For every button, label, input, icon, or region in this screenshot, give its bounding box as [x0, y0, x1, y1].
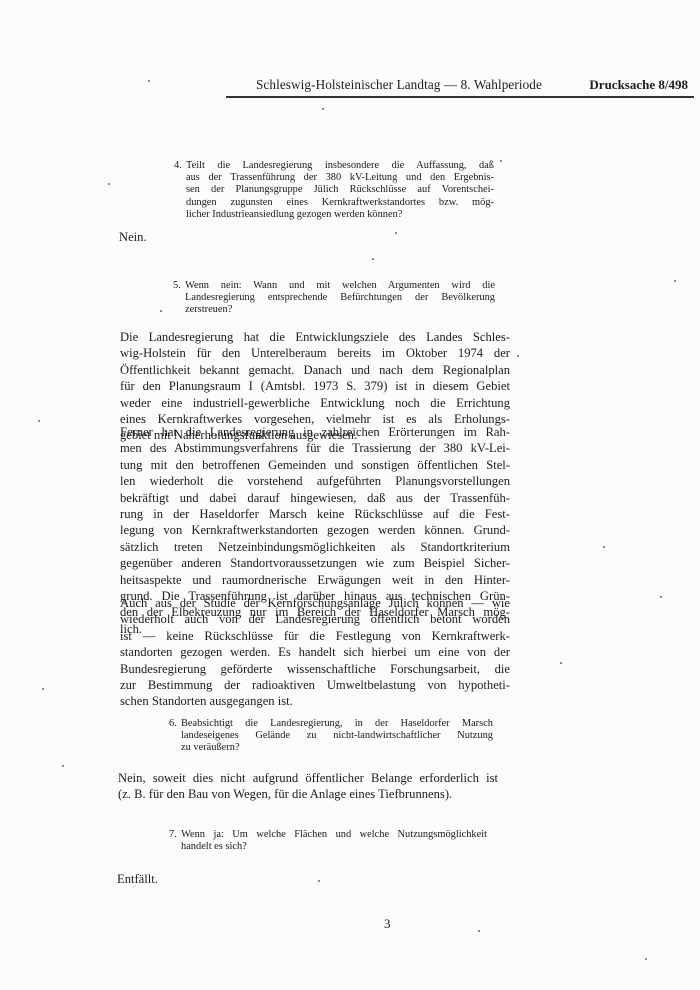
answer-line: für den Planungsraum I (Amtsbl. 1973 S. … [120, 378, 510, 394]
answer-line: Auch aus der Studie der Kernforschungsan… [120, 595, 510, 611]
answer-line: sätzlich treten Netzeinbindungsmöglichke… [120, 539, 510, 555]
scan-speck [500, 160, 502, 162]
question-number: 5. [173, 280, 181, 292]
question-line: Beabsichtigt die Landesregierung, in der… [181, 718, 493, 730]
answer-line: rung in der Haseldorfer Marsch keine Rüc… [120, 506, 510, 522]
question-number: 4. [174, 160, 182, 172]
scan-speck [660, 596, 662, 598]
question-4: 4. Teilt die Landesregierung insbesonder… [174, 160, 494, 221]
scan-speck [560, 662, 562, 664]
question-line: Wenn nein: Wann und mit welchen Argument… [185, 280, 495, 292]
answer-line: Nein, soweit dies nicht aufgrund öffentl… [118, 770, 498, 786]
question-6: 6. Beabsichtigt die Landesregierung, in … [169, 718, 493, 755]
question-line: aus der Trassenführung der 380 kV-Leitun… [186, 172, 494, 184]
answer-line: (z. B. für den Bau von Wegen, für die An… [118, 786, 498, 802]
answer-line: len wiederholt die vorstehend aufgeführt… [120, 473, 510, 489]
question-line: licher Industrieansiedlung gezogen werde… [186, 209, 494, 221]
document-number: Drucksache 8/498 [589, 77, 688, 93]
scan-speck [62, 765, 64, 767]
answer-line: Öffentlichkeit bekannt gemacht. Danach u… [120, 362, 510, 378]
answer-line: schen Standorten ausgegangen ist. [120, 693, 510, 709]
question-text: Wenn nein: Wann und mit welchen Argument… [185, 280, 495, 317]
answer-line: bekräftigt und dabei darauf hingewiesen,… [120, 490, 510, 506]
scan-speck [42, 688, 44, 690]
scan-speck [148, 80, 150, 82]
page-header: Schleswig-Holsteinischer Landtag — 8. Wa… [228, 77, 692, 95]
answer-line: Die Landesregierung hat die Entwicklungs… [120, 329, 510, 345]
scan-speck [674, 280, 676, 282]
answer-line: wig-Holstein für den Unterelberaum berei… [120, 345, 510, 361]
answer-line: men des Abstimmungsverfahrens für die Tr… [120, 440, 510, 456]
answer-line: standorten gezogen werden. Es handelt si… [120, 644, 510, 660]
answer-line: zur Bestimmung der radioaktiven Umweltbe… [120, 677, 510, 693]
question-line: zu veräußern? [181, 742, 493, 754]
scan-speck [645, 958, 647, 960]
scan-speck [372, 258, 374, 260]
answer-6: Nein, soweit dies nicht aufgrund öffentl… [118, 770, 498, 803]
answer-line: Ferner hat die Landesregierung in zahlre… [120, 424, 510, 440]
question-line: Wenn ja: Um welche Flächen und welche Nu… [181, 829, 487, 841]
answer-line: legung von Kernkraftwerkstandorten gezog… [120, 522, 510, 538]
header-title: Schleswig-Holsteinischer Landtag — 8. Wa… [256, 77, 542, 93]
question-text: Wenn ja: Um welche Flächen und welche Nu… [181, 829, 487, 853]
scan-speck [38, 420, 40, 422]
question-line: Landesregierung entsprechende Befürchtun… [185, 292, 495, 304]
document-page: Schleswig-Holsteinischer Landtag — 8. Wa… [0, 0, 700, 990]
answer-line: Bundesregierung geförderte wissenschaftl… [120, 661, 510, 677]
page-number: 3 [384, 916, 391, 932]
question-text: Beabsichtigt die Landesregierung, in der… [181, 718, 493, 755]
scan-speck [322, 108, 324, 110]
question-line: dungen zugunsten eines Kernkraftwerkstan… [186, 197, 494, 209]
answer-7: Entfällt. [117, 872, 158, 887]
question-number: 7. [169, 829, 177, 841]
question-line: handelt es sich? [181, 841, 487, 853]
scan-speck [108, 183, 110, 185]
question-line: landeseigenes Gelände zu nicht-landwirts… [181, 730, 493, 742]
question-text: Teilt die Landesregierung insbesondere d… [186, 160, 494, 221]
scan-speck [478, 930, 480, 932]
answer-line: tung mit den betroffenen Gemeinden und s… [120, 457, 510, 473]
header-divider [226, 96, 694, 98]
answer-5-paragraph-3: Auch aus der Studie der Kernforschungsan… [120, 595, 510, 710]
answer-line: ist — keine Rückschlüsse für die Festleg… [120, 628, 510, 644]
question-7: 7. Wenn ja: Um welche Flächen und welche… [169, 829, 487, 853]
scan-speck [395, 232, 397, 234]
question-line: sen der Planungsgruppe Jülich Rückschlüs… [186, 184, 494, 196]
question-line: Teilt die Landesregierung insbesondere d… [186, 160, 494, 172]
question-line: zerstreuen? [185, 304, 495, 316]
answer-4: Nein. [119, 230, 147, 245]
scan-speck [318, 880, 320, 882]
scan-speck [160, 310, 162, 312]
question-number: 6. [169, 718, 177, 730]
question-5: 5. Wenn nein: Wann und mit welchen Argum… [173, 280, 495, 317]
answer-line: heitsaspekte und raumordnerische Erwägun… [120, 572, 510, 588]
scan-speck [517, 355, 519, 357]
scan-speck [240, 420, 242, 422]
answer-line: wiederholt auch von der Landesregierung … [120, 611, 510, 627]
answer-line: gegenüber anderen Standortvoraussetzunge… [120, 555, 510, 571]
answer-line: weder eine industriell-gewerbliche Entwi… [120, 395, 510, 411]
scan-speck [603, 546, 605, 548]
